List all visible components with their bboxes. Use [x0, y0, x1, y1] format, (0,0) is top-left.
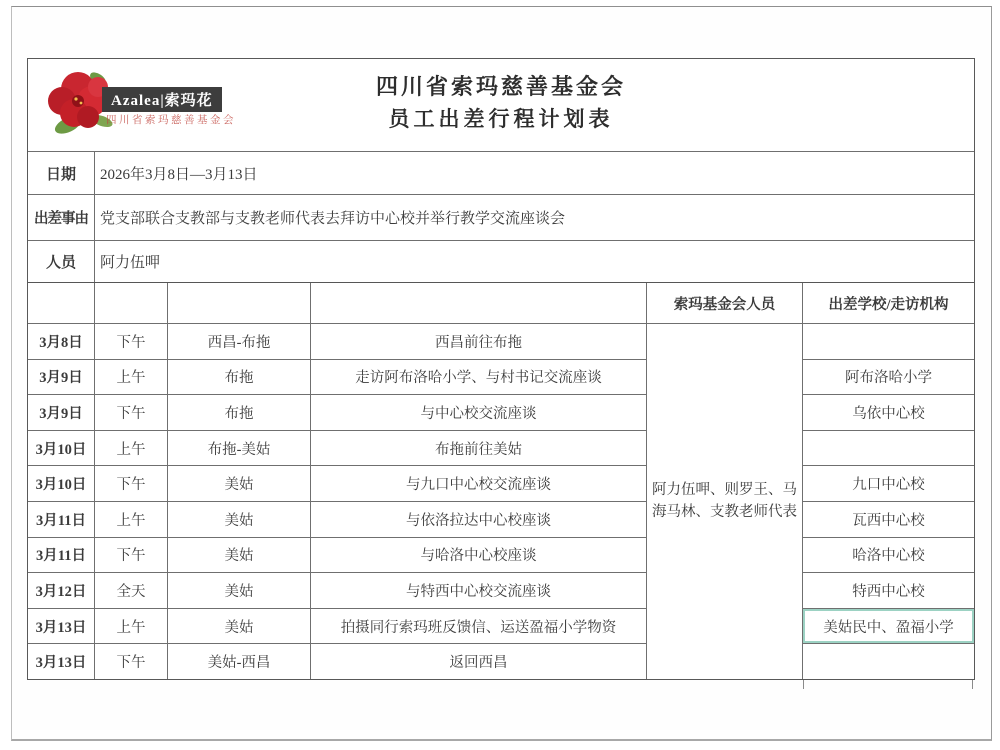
schedule-grid: 索玛基金会人员 出差学校/走访机构 阿力伍呷、则罗王、马海马林、支教老师代表 3…	[28, 283, 974, 679]
school-cell	[803, 431, 974, 466]
school-cell: 哈洛中心校	[803, 538, 974, 573]
header-school-institution: 出差学校/走访机构	[803, 283, 974, 323]
date-cell: 3月11日	[28, 538, 94, 573]
info-value-personnel: 阿力伍呷	[95, 241, 974, 282]
route-cell: 西昌-布拖	[168, 324, 310, 359]
activity-cell: 拍摄同行索玛班反馈信、运送盈福小学物资	[311, 609, 646, 644]
activity-cell: 与哈洛中心校座谈	[311, 538, 646, 573]
school-cell	[803, 644, 974, 679]
period-cell: 上午	[95, 502, 167, 537]
info-label-date: 日期	[28, 152, 94, 194]
date-cell: 3月10日	[28, 431, 94, 466]
period-cell: 下午	[95, 324, 167, 359]
itinerary-table: Azalea|索玛花 四川省索玛慈善基金会 四川省索玛慈善基金会 员工出差行程计…	[27, 58, 975, 680]
activity-cell: 西昌前往布拖	[311, 324, 646, 359]
activity-cell: 与中心校交流座谈	[311, 395, 646, 430]
activity-cell: 返回西昌	[311, 644, 646, 679]
date-cell: 3月9日	[28, 360, 94, 395]
title-line-2: 员工出差行程计划表	[28, 103, 974, 135]
period-cell: 下午	[95, 538, 167, 573]
personnel-merged-cell: 阿力伍呷、则罗王、马海马林、支教老师代表	[647, 324, 802, 679]
activity-cell: 布拖前往美姑	[311, 431, 646, 466]
route-cell: 布拖	[168, 360, 310, 395]
route-cell: 美姑	[168, 466, 310, 501]
route-cell: 布拖	[168, 395, 310, 430]
date-cell: 3月10日	[28, 466, 94, 501]
route-cell: 美姑-西昌	[168, 644, 310, 679]
period-cell: 下午	[95, 395, 167, 430]
school-cell: 瓦西中心校	[803, 502, 974, 537]
header-empty-cell	[28, 283, 94, 323]
school-cell: 九口中心校	[803, 466, 974, 501]
scan-line-artifact	[803, 680, 804, 689]
period-cell: 下午	[95, 644, 167, 679]
route-cell: 美姑	[168, 573, 310, 608]
date-cell: 3月8日	[28, 324, 94, 359]
date-cell: 3月13日	[28, 609, 94, 644]
trip-info-section: 日期 2026年3月8日—3月13日 出差事由 党支部联合支教部与支教老师代表去…	[28, 151, 974, 283]
school-cell-highlighted: 美姑民中、盈福小学	[803, 609, 974, 644]
date-cell: 3月11日	[28, 502, 94, 537]
activity-cell: 与特西中心校交流座谈	[311, 573, 646, 608]
info-value-date: 2026年3月8日—3月13日	[95, 152, 974, 194]
school-cell: 特西中心校	[803, 573, 974, 608]
info-value-reason: 党支部联合支教部与支教老师代表去拜访中心校并举行教学交流座谈会	[95, 195, 974, 240]
period-cell: 上午	[95, 431, 167, 466]
school-cell: 阿布洛哈小学	[803, 360, 974, 395]
route-cell: 布拖-美姑	[168, 431, 310, 466]
activity-cell: 与依洛拉达中心校座谈	[311, 502, 646, 537]
school-cell: 乌依中心校	[803, 395, 974, 430]
activity-cell: 与九口中心校交流座谈	[311, 466, 646, 501]
route-cell: 美姑	[168, 538, 310, 573]
header-empty-cell	[311, 283, 646, 323]
period-cell: 上午	[95, 609, 167, 644]
info-label-personnel: 人员	[28, 241, 94, 282]
activity-cell: 走访阿布洛哈小学、与村书记交流座谈	[311, 360, 646, 395]
period-cell: 全天	[95, 573, 167, 608]
date-cell: 3月12日	[28, 573, 94, 608]
school-cell	[803, 324, 974, 359]
route-cell: 美姑	[168, 502, 310, 537]
date-cell: 3月13日	[28, 644, 94, 679]
info-label-reason: 出差事由	[28, 195, 94, 240]
route-cell: 美姑	[168, 609, 310, 644]
period-cell: 上午	[95, 360, 167, 395]
header-empty-cell	[168, 283, 310, 323]
period-cell: 下午	[95, 466, 167, 501]
header-foundation-personnel: 索玛基金会人员	[647, 283, 802, 323]
title-line-1: 四川省索玛慈善基金会	[28, 71, 974, 103]
date-cell: 3月9日	[28, 395, 94, 430]
scan-line-artifact	[972, 680, 973, 689]
document-title: 四川省索玛慈善基金会 员工出差行程计划表	[28, 71, 974, 135]
header-empty-cell	[95, 283, 167, 323]
document-header-row: Azalea|索玛花 四川省索玛慈善基金会 四川省索玛慈善基金会 员工出差行程计…	[28, 59, 974, 151]
